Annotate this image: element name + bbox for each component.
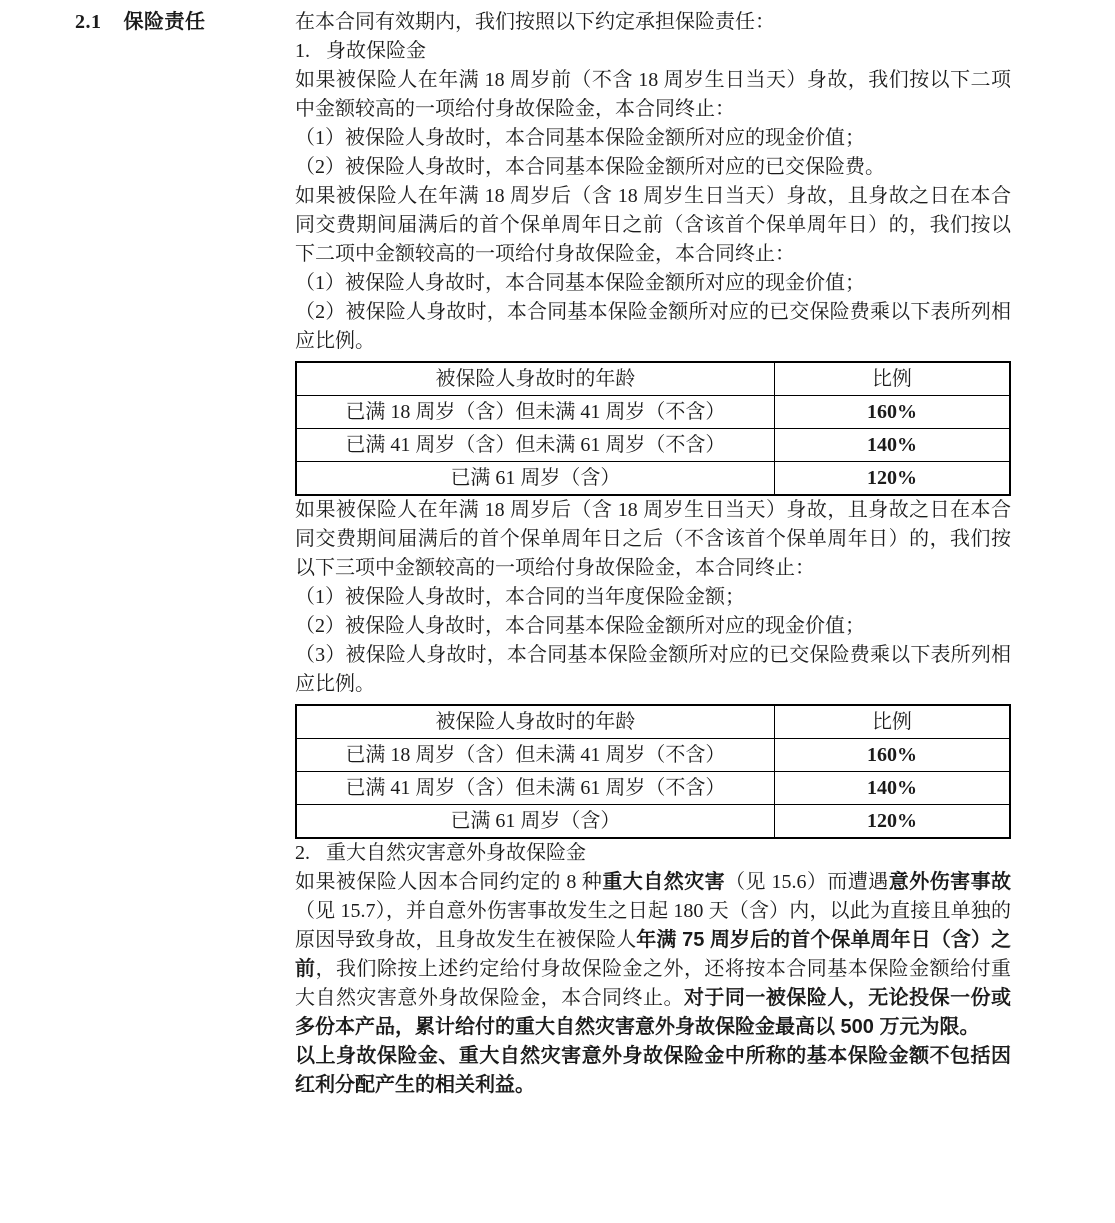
case3-option-1: （1）被保险人身故时，本合同的当年度保险金额； xyxy=(295,583,1011,612)
item1-heading: 1.身故保险金 xyxy=(295,37,1011,66)
table-row: 已满 18 周岁（含）但未满 41 周岁（不含） 160% xyxy=(296,739,1010,772)
table-header-row: 被保险人身故时的年龄 比例 xyxy=(296,362,1010,396)
table1-age-cell: 已满 41 周岁（含）但未满 61 周岁（不含） xyxy=(296,429,774,462)
table1-age-cell: 已满 61 周岁（含） xyxy=(296,462,774,496)
case3-option-3: （3）被保险人身故时，本合同基本保险金额所对应的已交保险费乘以下表所列相应比例。 xyxy=(295,641,1011,699)
section-title: 保险责任 xyxy=(124,11,206,33)
table-row: 已满 41 周岁（含）但未满 61 周岁（不含） 140% xyxy=(296,772,1010,805)
case1-option-2: （2）被保险人身故时，本合同基本保险金额所对应的已交保险费。 xyxy=(295,153,1011,182)
table2-header-age: 被保险人身故时的年龄 xyxy=(296,705,774,739)
case3-option-2: （2）被保险人身故时，本合同基本保险金额所对应的现金价值； xyxy=(295,612,1011,641)
table2-ratio-cell: 120% xyxy=(774,805,1010,839)
table-row: 已满 61 周岁（含） 120% xyxy=(296,462,1010,496)
case2-lead-paragraph: 如果被保险人在年满 18 周岁后（含 18 周岁生日当天）身故，且身故之日在本合… xyxy=(295,182,1011,269)
case2-option-1: （1）被保险人身故时，本合同基本保险金额所对应的现金价值； xyxy=(295,269,1011,298)
text-run: 如果被保险人因本合同约定的 8 种 xyxy=(295,871,602,893)
item2-heading: 2.重大自然灾害意外身故保险金 xyxy=(295,839,1011,868)
table2-ratio-cell: 140% xyxy=(774,772,1010,805)
table2-header-ratio: 比例 xyxy=(774,705,1010,739)
table1-header-age: 被保险人身故时的年龄 xyxy=(296,362,774,396)
item2-number: 2. xyxy=(295,839,310,868)
section-number: 2.1 xyxy=(75,8,102,37)
closing-note-paragraph: 以上身故保险金、重大自然灾害意外身故保险金中所称的基本保险金额不包括因红利分配产… xyxy=(295,1042,1011,1100)
table2-age-cell: 已满 18 周岁（含）但未满 41 周岁（不含） xyxy=(296,739,774,772)
table1-ratio-cell: 120% xyxy=(774,462,1010,496)
table-row: 已满 18 周岁（含）但未满 41 周岁（不含） 160% xyxy=(296,396,1010,429)
item1-title: 身故保险金 xyxy=(326,40,426,62)
case1-lead-paragraph: 如果被保险人在年满 18 周岁前（不含 18 周岁生日当天）身故，我们按以下二项… xyxy=(295,66,1011,124)
table2-ratio-cell: 160% xyxy=(774,739,1010,772)
table-header-row: 被保险人身故时的年龄 比例 xyxy=(296,705,1010,739)
table2-age-cell: 已满 41 周岁（含）但未满 61 周岁（不含） xyxy=(296,772,774,805)
table1-ratio-cell: 160% xyxy=(774,396,1010,429)
ratio-table-1: 被保险人身故时的年龄 比例 已满 18 周岁（含）但未满 41 周岁（不含） 1… xyxy=(295,361,1011,496)
table2-age-cell: 已满 61 周岁（含） xyxy=(296,805,774,839)
item2-title: 重大自然灾害意外身故保险金 xyxy=(326,842,586,864)
disaster-benefit-paragraph: 如果被保险人因本合同约定的 8 种重大自然灾害（见 15.6）而遭遇意外伤害事故… xyxy=(295,868,1011,1042)
table1-age-cell: 已满 18 周岁（含）但未满 41 周岁（不含） xyxy=(296,396,774,429)
text-run-bold: 重大自然灾害 xyxy=(602,871,725,893)
intro-paragraph: 在本合同有效期内，我们按照以下约定承担保险责任： xyxy=(295,8,1011,37)
table1-header-ratio: 比例 xyxy=(774,362,1010,396)
text-run-bold: 意外伤害事故 xyxy=(889,871,1011,893)
item1-number: 1. xyxy=(295,37,310,66)
ratio-table-2: 被保险人身故时的年龄 比例 已满 18 周岁（含）但未满 41 周岁（不含） 1… xyxy=(295,704,1011,839)
table-row: 已满 61 周岁（含） 120% xyxy=(296,805,1010,839)
section-label: 2.1保险责任 xyxy=(75,8,206,37)
table-row: 已满 41 周岁（含）但未满 61 周岁（不含） 140% xyxy=(296,429,1010,462)
text-run: （见 15.6）而遭遇 xyxy=(725,871,889,893)
contract-document-page: 2.1保险责任 在本合同有效期内，我们按照以下约定承担保险责任： 1.身故保险金… xyxy=(0,0,1115,1223)
content-column: 在本合同有效期内，我们按照以下约定承担保险责任： 1.身故保险金 如果被保险人在… xyxy=(295,8,1011,1100)
table1-ratio-cell: 140% xyxy=(774,429,1010,462)
case2-option-2: （2）被保险人身故时，本合同基本保险金额所对应的已交保险费乘以下表所列相应比例。 xyxy=(295,298,1011,356)
case1-option-1: （1）被保险人身故时，本合同基本保险金额所对应的现金价值； xyxy=(295,124,1011,153)
case3-lead-paragraph: 如果被保险人在年满 18 周岁后（含 18 周岁生日当天）身故，且身故之日在本合… xyxy=(295,496,1011,583)
